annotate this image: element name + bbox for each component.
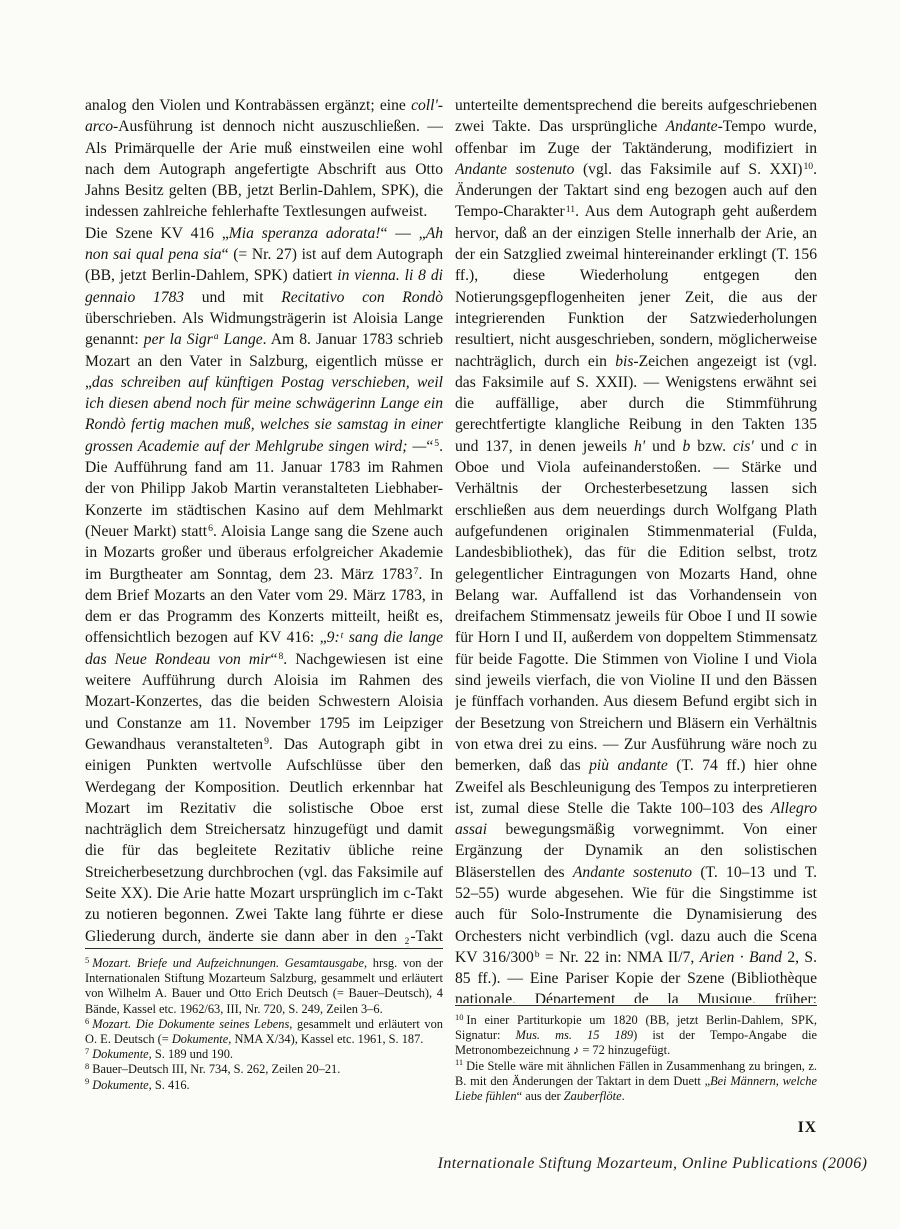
footnote: 10In einer Partiturkopie um 1820 (BB, je… xyxy=(455,1013,817,1059)
footnotes-left: 5Mozart. Briefe und Aufzeichnungen. Gesa… xyxy=(85,948,443,1093)
footnote-text: Die Stelle wäre mit ähnlichen Fällen in … xyxy=(455,1059,817,1103)
footnote-text: In einer Partiturkopie um 1820 (BB, jetz… xyxy=(455,1013,817,1057)
footnote-number: 7 xyxy=(85,1046,89,1056)
footnote-number: 6 xyxy=(85,1016,89,1026)
footnote-text: Dokumente, S. 416. xyxy=(92,1078,189,1092)
footnotes-right: 10In einer Partiturkopie um 1820 (BB, je… xyxy=(455,1005,817,1104)
paragraph: unterteilte dementsprechend die bereits … xyxy=(455,95,817,1003)
footnote-number: 8 xyxy=(85,1061,89,1071)
footnote: 5Mozart. Briefe und Aufzeichnungen. Gesa… xyxy=(85,956,443,1017)
footer-credit: Internationale Stiftung Mozarteum, Onlin… xyxy=(420,1155,885,1173)
footnote-number: 11 xyxy=(455,1057,463,1067)
footnote-number: 5 xyxy=(85,955,89,965)
paragraph: Die Szene KV 416 „Mia speranza adorata!“… xyxy=(85,223,443,947)
right-column: unterteilte dementsprechend die bereits … xyxy=(455,95,817,1003)
page-number: IX xyxy=(760,1119,817,1137)
footnote: 11Die Stelle wäre mit ähnlichen Fällen i… xyxy=(455,1059,817,1105)
footnote-number: 9 xyxy=(85,1076,89,1086)
footnote-text: Mozart. Die Dokumente seines Lebens, ges… xyxy=(85,1017,443,1046)
footnote: 6Mozart. Die Dokumente seines Lebens, ge… xyxy=(85,1017,443,1047)
footnote: 8Bauer–Deutsch III, Nr. 734, S. 262, Zei… xyxy=(85,1062,443,1077)
footnote-text: Dokumente, S. 189 und 190. xyxy=(92,1047,233,1061)
left-column: analog den Violen und Kontrabässen ergän… xyxy=(85,95,443,947)
paragraph: analog den Violen und Kontrabässen ergän… xyxy=(85,95,443,223)
scanned-page: analog den Violen und Kontrabässen ergän… xyxy=(0,0,900,1229)
footnote-number: 10 xyxy=(455,1012,463,1022)
footnote: 7Dokumente, S. 189 und 190. xyxy=(85,1047,443,1062)
footnote-text: Bauer–Deutsch III, Nr. 734, S. 262, Zeil… xyxy=(92,1062,340,1076)
footnote-text: Mozart. Briefe und Aufzeichnungen. Gesam… xyxy=(85,956,443,1016)
footnote: 9Dokumente, S. 416. xyxy=(85,1078,443,1093)
